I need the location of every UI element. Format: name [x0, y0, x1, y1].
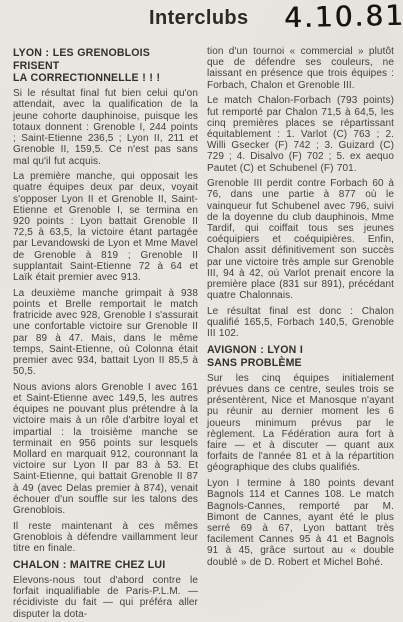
section-heading-line: SANS PROBLÈME — [207, 357, 394, 370]
article-paragraph: Il reste maintenant à ces mêmes Grenoblo… — [13, 521, 198, 555]
article-paragraph: La première manche, qui opposait les qua… — [13, 171, 198, 283]
article-paragraph: Le résultat final est donc : Chalon qual… — [207, 306, 394, 340]
newspaper-clipping: Interclubs 4.10.81 LYON : LES GRENOBLOIS… — [0, 0, 403, 622]
handwritten-date: 4.10.81 — [284, 0, 403, 34]
section-heading-lyon: LYON : LES GRENOBLOIS FRISENT LA CORRECT… — [13, 47, 198, 85]
article-paragraph: La deuxième manche grimpait à 938 points… — [13, 288, 198, 378]
article-paragraph: Nous avions alors Grenoble I avec 161 et… — [13, 382, 198, 516]
article-paragraph: Lyon I termine à 180 points devant Bagno… — [207, 478, 394, 568]
article-column-right: tion d'un tournoi « commercial » plutôt … — [207, 46, 394, 572]
article-paragraph: Elevons-nous tout d'abord contre le forf… — [13, 575, 198, 620]
section-heading-line: AVIGNON : LYON I — [207, 344, 394, 357]
section-heading-line: LYON : LES GRENOBLOIS — [13, 47, 198, 60]
section-heading-avignon: AVIGNON : LYON I SANS PROBLÈME — [207, 344, 394, 369]
article-paragraph: Sur les cinq équipes initialement prévue… — [207, 373, 394, 474]
section-heading-line: FRISENT — [13, 60, 198, 73]
article-column-left: LYON : LES GRENOBLOIS FRISENT LA CORRECT… — [13, 46, 198, 622]
article-paragraph: Le match Chalon-Forbach (793 points) fut… — [207, 95, 394, 173]
section-heading-chalon: CHALON : MAITRE CHEZ LUI — [13, 559, 198, 572]
section-heading-line: LA CORRECTIONNELLE ! ! ! — [13, 72, 198, 85]
publication-title: Interclubs — [149, 7, 249, 30]
article-paragraph: Grenoble III perdit contre Forbach 60 à … — [207, 178, 394, 301]
article-paragraph: Si le résultat final fut bien celui qu'o… — [13, 88, 198, 166]
article-paragraph: tion d'un tournoi « commercial » plutôt … — [207, 46, 394, 91]
